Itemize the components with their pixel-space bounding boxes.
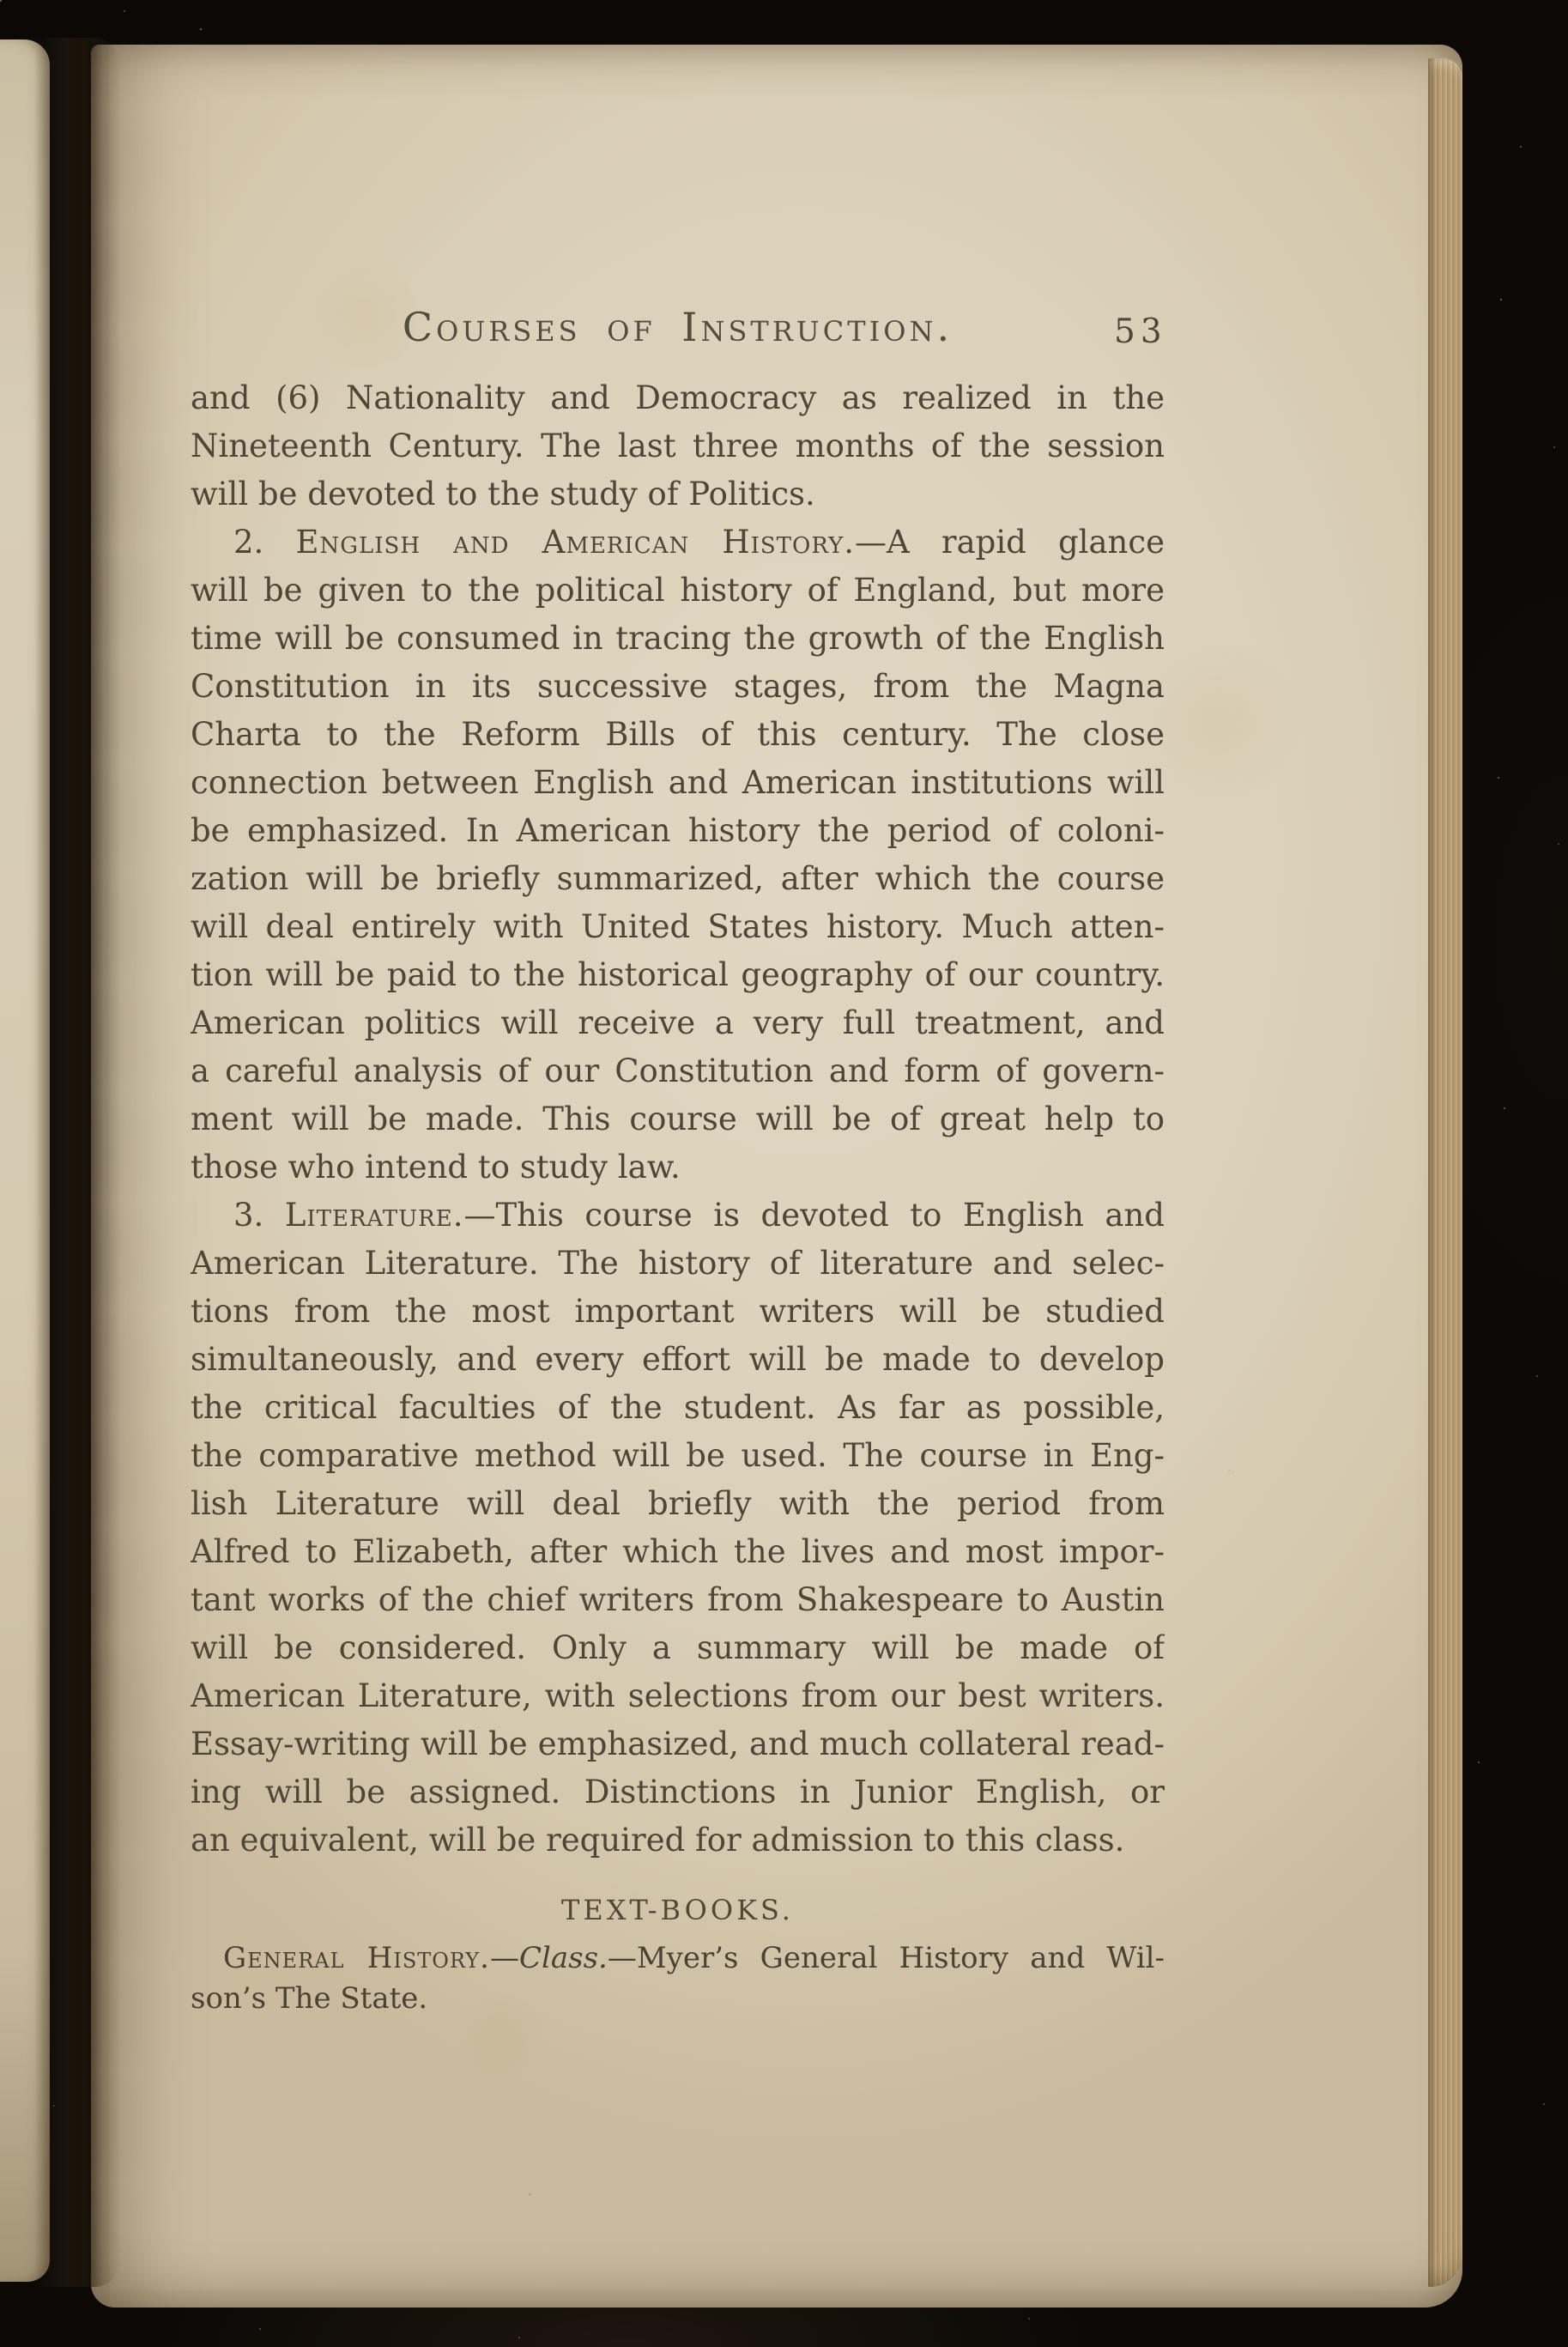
text-line: tant works of the chief writers from Sha… [191, 1576, 1165, 1624]
text-line: a careful analysis of our Constitution a… [191, 1047, 1165, 1095]
text-line: will be given to the political history o… [191, 567, 1165, 615]
text-segment: the critical faculties of the student. A… [191, 1389, 1165, 1426]
text-segment: lish Literature will deal briefly with t… [191, 1485, 1165, 1522]
dust-specks [0, 0, 2, 2]
text-segment: simultaneously, and every effort will be… [191, 1341, 1165, 1378]
text-segment: tant works of the chief writers from Sha… [191, 1581, 1165, 1618]
text-line: will be considered. Only a summary will … [191, 1624, 1165, 1672]
text-segment: Constitution in its successive stages, f… [191, 668, 1165, 705]
textbooks-heading: TEXT-BOOKS. [191, 1894, 1165, 1926]
body-text: and (6) Nationality and Democracy as rea… [191, 374, 1165, 1865]
text-line: ment will be made. This course will be o… [191, 1095, 1165, 1143]
text-line: time will be consumed in tracing the gro… [191, 615, 1165, 663]
page-stack-fore-edge [1428, 58, 1462, 2287]
text-line: lish Literature will deal briefly with t… [191, 1480, 1165, 1528]
text-line: 3. Literature.—This course is devoted to… [191, 1192, 1165, 1240]
text-segment: will be considered. Only a summary will … [191, 1629, 1165, 1666]
text-line: General History.—Class.—Myer’s General H… [191, 1938, 1165, 1979]
text-line: an equivalent, will be required for admi… [191, 1816, 1165, 1865]
text-line: American Literature. The history of lite… [191, 1240, 1165, 1288]
text-segment: son’s The State. [191, 1981, 427, 2016]
text-segment: the comparative method will be used. The… [191, 1437, 1165, 1474]
text-line: be emphasized. In American history the p… [191, 807, 1165, 855]
text-line: Charta to the Reform Bills of this centu… [191, 711, 1165, 759]
text-line: those who intend to study law. [191, 1143, 1165, 1192]
text-segment: Nineteenth Century. The last three month… [191, 428, 1165, 464]
text-segment: — [490, 1941, 519, 1975]
text-line: connection between English and American … [191, 759, 1165, 807]
text-segment: tions from the most important writers wi… [191, 1293, 1165, 1330]
text-segment: Essay-writing will be emphasized, and mu… [191, 1725, 1165, 1762]
text-line: zation will be briefly summarized, after… [191, 855, 1165, 903]
text-line: tions from the most important writers wi… [191, 1288, 1165, 1336]
text-line: the critical faculties of the student. A… [191, 1384, 1165, 1432]
textbooks-paragraph: General History.—Class.—Myer’s General H… [191, 1938, 1165, 2019]
facing-page-edge [0, 39, 50, 2282]
text-segment: will be given to the political history o… [191, 572, 1165, 609]
text-segment: ing will be assigned. Distinctions in Ju… [191, 1774, 1165, 1810]
text-line: Alfred to Elizabeth, after which the liv… [191, 1528, 1165, 1576]
text-segment: ment will be made. This course will be o… [191, 1101, 1165, 1137]
text-segment: a careful analysis of our Constitution a… [191, 1052, 1165, 1089]
text-line: and (6) Nationality and Democracy as rea… [191, 374, 1165, 422]
text-segment: English and American History. [295, 524, 855, 561]
text-line: 2. English and American History.—A rapid… [191, 519, 1165, 567]
text-segment: American politics will receive a very fu… [191, 1004, 1165, 1041]
text-segment: —Myer’s General History and Wil- [608, 1941, 1165, 1975]
text-line: Nineteenth Century. The last three month… [191, 422, 1165, 470]
text-segment: tion will be paid to the historical geog… [191, 956, 1165, 993]
text-segment: time will be consumed in tracing the gro… [191, 620, 1165, 657]
text-segment: Alfred to Elizabeth, after which the liv… [191, 1533, 1165, 1570]
text-line: ing will be assigned. Distinctions in Ju… [191, 1768, 1165, 1816]
text-line: the comparative method will be used. The… [191, 1432, 1165, 1480]
text-segment: connection between English and American … [191, 764, 1165, 801]
text-segment: Literature. [285, 1197, 464, 1234]
text-segment: 2. [233, 524, 295, 561]
text-segment: and (6) Nationality and Democracy as rea… [191, 379, 1165, 416]
text-segment: Charta to the Reform Bills of this centu… [191, 716, 1165, 753]
text-segment: —A rapid glance [855, 524, 1165, 561]
text-line: simultaneously, and every effort will be… [191, 1336, 1165, 1384]
text-segment: an equivalent, will be required for admi… [191, 1822, 1124, 1859]
text-segment: zation will be briefly summarized, after… [191, 860, 1165, 897]
text-line: tion will be paid to the historical geog… [191, 951, 1165, 999]
text-segment: —This course is devoted to English and [463, 1197, 1165, 1234]
text-line: will be devoted to the study of Politics… [191, 470, 1165, 519]
running-head-title: Courses of Instruction. [191, 306, 1165, 349]
book-photo-backdrop: Courses of Instruction. 53 and (6) Natio… [0, 0, 1568, 2347]
text-segment: American Literature. The history of lite… [191, 1245, 1165, 1282]
text-segment: will deal entirely with United States hi… [191, 908, 1165, 945]
text-segment: 3. [233, 1197, 285, 1234]
text-line: Constitution in its successive stages, f… [191, 663, 1165, 711]
text-segment: be emphasized. In American history the p… [191, 812, 1165, 849]
text-line: son’s The State. [191, 1979, 1165, 2019]
page-number: 53 [1114, 312, 1167, 351]
text-segment: American Literature, with selections fro… [191, 1677, 1165, 1714]
text-line: Essay-writing will be emphasized, and mu… [191, 1720, 1165, 1768]
text-segment: General History. [223, 1941, 490, 1975]
text-line: will deal entirely with United States hi… [191, 903, 1165, 951]
text-segment: Class. [519, 1941, 608, 1975]
text-segment: those who intend to study law. [191, 1149, 681, 1186]
text-line: American Literature, with selections fro… [191, 1672, 1165, 1720]
text-segment: will be devoted to the study of Politics… [191, 476, 815, 512]
text-line: American politics will receive a very fu… [191, 999, 1165, 1047]
